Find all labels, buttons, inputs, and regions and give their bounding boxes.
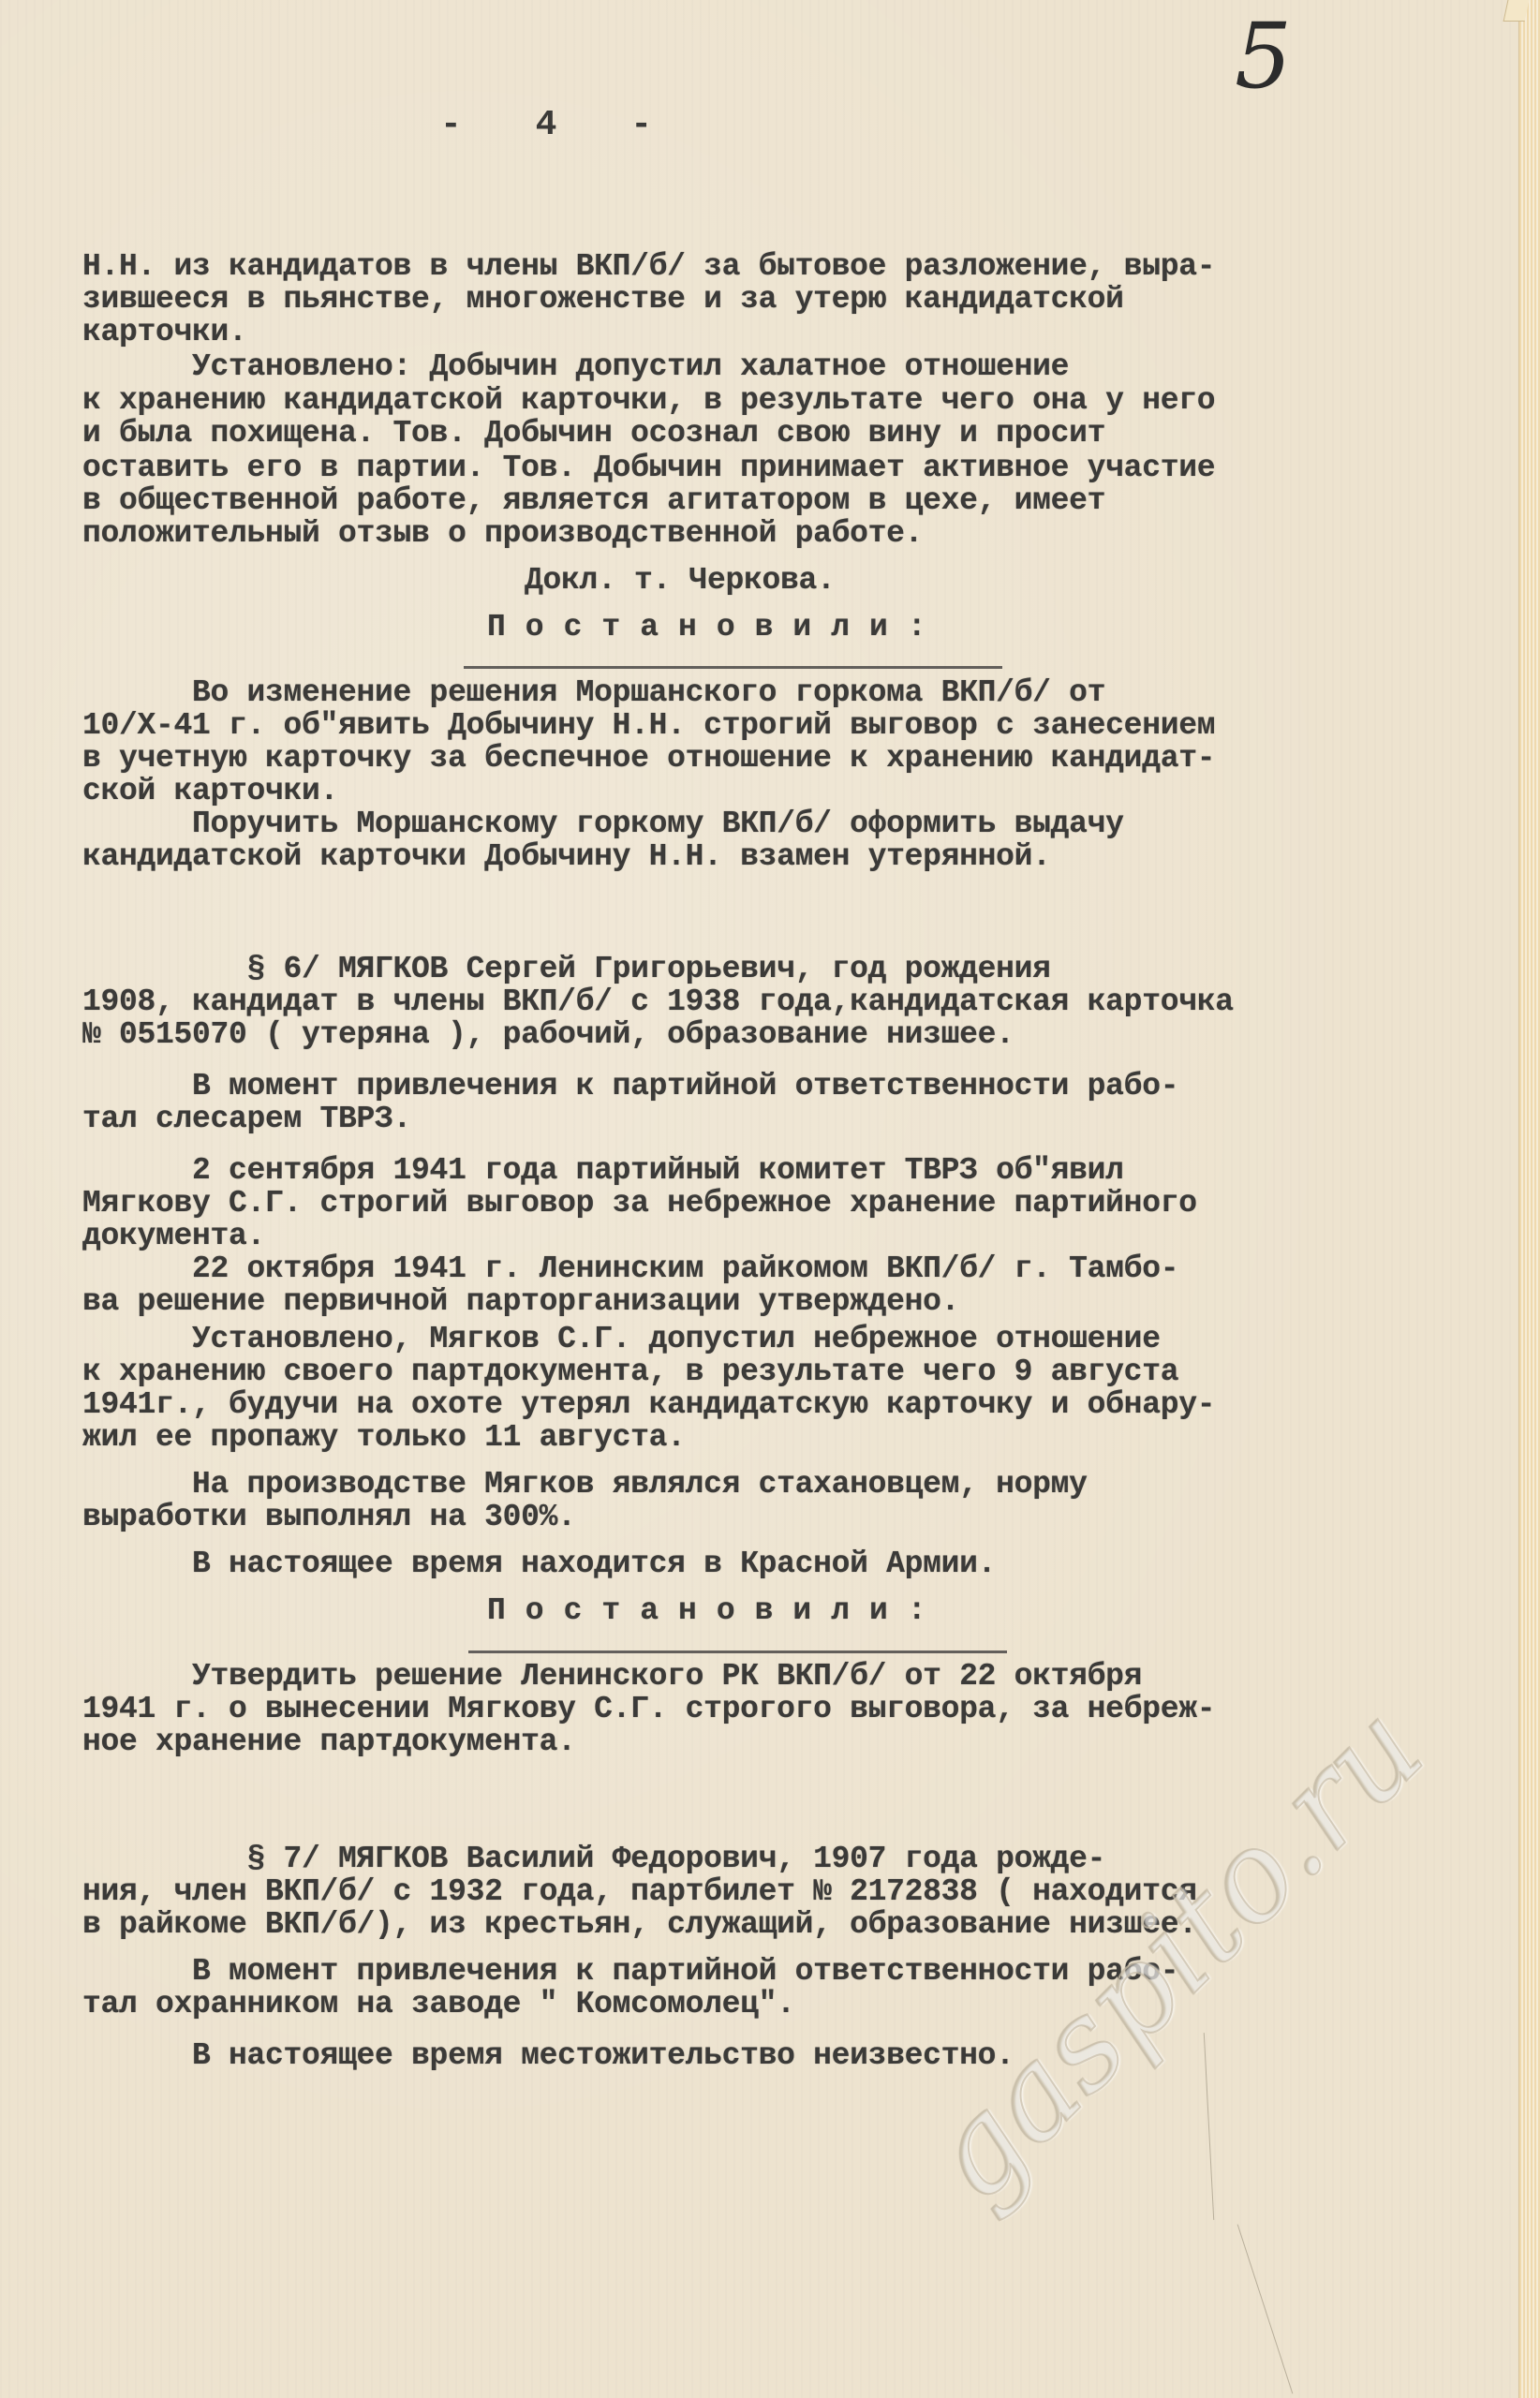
text-line: В момент привлечения к партийной ответст… [82,1070,1178,1103]
text-line: 22 октября 1941 г. Ленинским райкомом ВК… [82,1252,1178,1286]
text-line: Установлено, Мягков С.Г. допустил небреж… [82,1323,1161,1356]
text-line: тал охранником на заводе " Комсомолец". [82,1988,795,2021]
text-line: в общественной работе, является агитатор… [82,484,1105,518]
text-line: № 0515070 ( утеряна ), рабочий, образова… [82,1018,1014,1052]
handwritten-folio-number: 5 [1235,11,1385,114]
text-line: в учетную карточку за беспечное отношени… [82,742,1215,776]
text-line: В настоящее время находится в Красной Ар… [82,1547,996,1581]
text-line: В момент привлечения к партийной ответст… [82,1955,1178,1989]
resolved-heading: Постановили: [487,1594,946,1628]
reporter-line: Докл. т. Черкова. [525,564,836,598]
text-line: тал слесарем ТВРЗ. [82,1103,411,1136]
paper-crease [1204,2033,1214,2220]
resolved-heading: Постановили: [487,611,946,644]
text-line: Мягкову С.Г. строгий выговор за небрежно… [82,1187,1197,1221]
text-line: ской карточки. [82,775,338,808]
text-line: жил ее пропажу только 11 августа. [82,1421,686,1455]
corner-fold [1503,0,1530,22]
text-line: документа. [82,1220,265,1253]
text-line: Утвердить решение Ленинского РК ВКП/б/ о… [82,1660,1142,1694]
text-line: зившееся в пьянстве, многоженстве и за у… [82,283,1124,317]
text-line: В настоящее время местожительство неизве… [82,2039,1014,2073]
text-line: Установлено: Добычин допустил халатное о… [82,350,1069,384]
text-line: 1941 г. о вынесении Мягкову С.Г. строгог… [82,1693,1215,1726]
section-7-header: § 7/ МЯГКОВ Василий Федорович, 1907 года… [82,1843,1105,1876]
text-line: Поручить Моршанскому горкому ВКП/б/ офор… [82,807,1124,841]
text-line: Во изменение решения Моршанского горкома… [82,676,1105,710]
paper-crease [1237,2224,1294,2393]
text-line: ния, член ВКП/б/ с 1932 года, партбилет … [82,1875,1197,1909]
section-6-header: § 6/ МЯГКОВ Сергей Григорьевич, год рожд… [82,953,1051,986]
text-line: 10/Х-41 г. об"явить Добычину Н.Н. строги… [82,709,1215,743]
text-line: Н.Н. из кандидатов в члены ВКП/б/ за быт… [82,250,1215,284]
heading-underline [468,1650,1007,1653]
text-line: карточки. [82,316,247,349]
text-line: 1941г., будучи на охоте утерял кандидатс… [82,1388,1215,1422]
text-line: кандидатской карточки Добычину Н.Н. взам… [82,840,1051,874]
text-line: к хранению своего партдокумента, в резул… [82,1355,1178,1389]
text-line: и была похищена. Тов. Добычин осознал св… [82,417,1105,451]
text-line: оставить его в партии. Тов. Добычин прин… [82,451,1215,485]
text-line: На производстве Мягков являлся стахановц… [82,1468,1088,1502]
text-line: к хранению кандидатской карточки, в резу… [82,384,1215,418]
page-number: - 4 - [440,105,628,145]
text-line: положительный отзыв о производственной р… [82,517,923,551]
text-line: в райкоме ВКП/б/), из крестьян, служащий… [82,1908,1197,1942]
watermark: gaspito.ru [899,1678,1450,2228]
text-line: 2 сентября 1941 года партийный комитет Т… [82,1154,1124,1188]
text-line: 1908, кандидат в члены ВКП/б/ с 1938 год… [82,985,1234,1019]
text-line: выработки выполнял на 300%. [82,1501,576,1534]
text-line: ва решение первичной парторганизации утв… [82,1285,959,1319]
text-line: ное хранение партдокумента. [82,1725,576,1759]
page-stack-edge [1518,0,1540,2398]
heading-underline [464,666,1002,669]
